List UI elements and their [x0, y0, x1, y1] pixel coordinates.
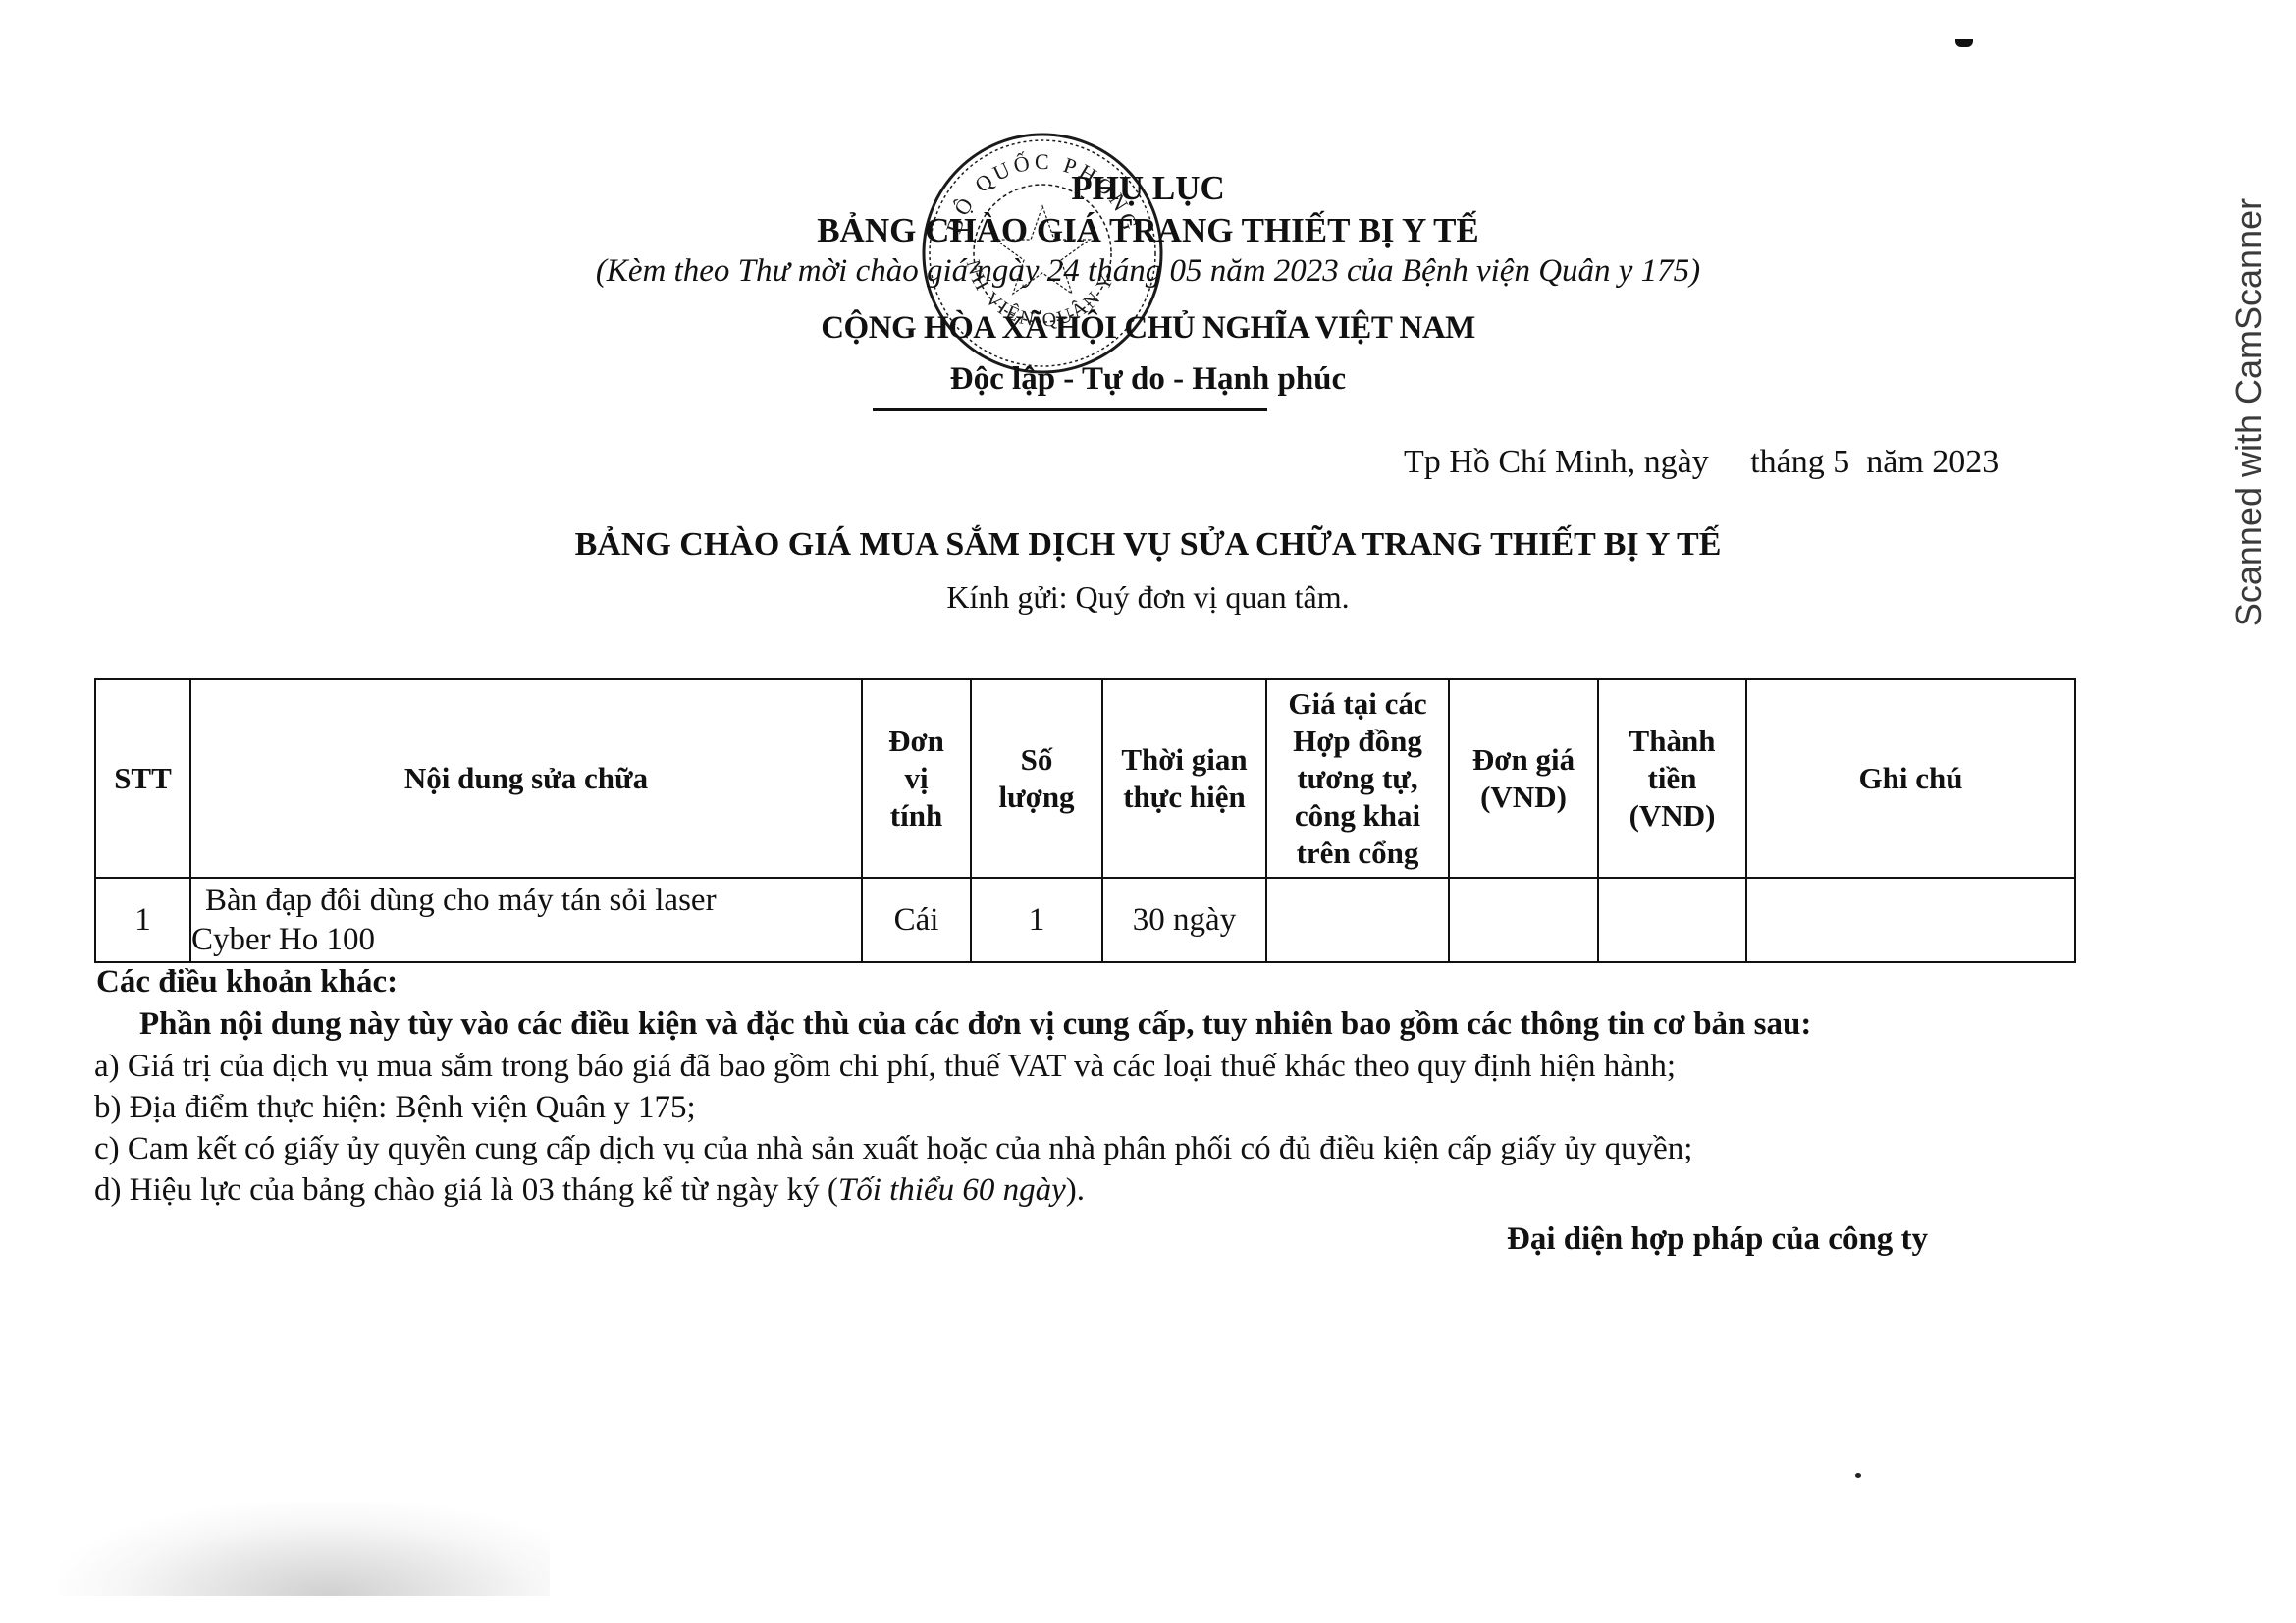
cell-reference-price: [1266, 878, 1449, 962]
cell-unit: Cái: [862, 878, 971, 962]
camscanner-watermark: Scanned with CamScanner: [2224, 167, 2273, 658]
cell-duration: 30 ngày: [1102, 878, 1266, 962]
col-header-duration: Thời gian thực hiện: [1102, 679, 1266, 878]
col-header-total: Thành tiền (VND): [1598, 679, 1746, 878]
terms-heading: Các điều khoản khác:: [96, 964, 398, 1001]
motto-underline: [873, 408, 1267, 411]
col-header-quantity: Số lượng: [971, 679, 1102, 878]
cell-quantity: 1: [971, 878, 1102, 962]
appendix-note: (Kèm theo Thư mời chào giá ngày 24 tháng…: [0, 253, 2296, 290]
col-header-reference-price: Giá tại các Hợp đồng tương tự, công khai…: [1266, 679, 1449, 878]
term-d-italic: Tối thiểu 60 ngày: [838, 1172, 1066, 1208]
nation-name: CỘNG HÒA XÃ HỘI CHỦ NGHĨA VIỆT NAM: [0, 310, 2296, 347]
appendix-subtitle: BẢNG CHÀO GIÁ TRANG THIẾT BỊ Y TẾ: [0, 211, 2296, 250]
terms-intro: Phần nội dung này tùy vào các điều kiện …: [139, 1006, 1811, 1043]
motto: Độc lập - Tự do - Hạnh phúc: [0, 361, 2296, 398]
col-header-note: Ghi chú: [1746, 679, 2075, 878]
watermark-text: Scanned with CamScanner: [2228, 198, 2269, 626]
description-line-1: Bàn đạp đôi dùng cho máy tán sỏi laser: [191, 881, 861, 920]
scan-artifact-mark: [1955, 39, 1973, 47]
cell-total: [1598, 878, 1746, 962]
cell-stt: 1: [95, 878, 190, 962]
col-header-unit: Đơn vị tính: [862, 679, 971, 878]
scan-artifact-dot: [1855, 1473, 1861, 1478]
term-item-b: b) Địa điểm thực hiện: Bệnh viện Quân y …: [94, 1090, 696, 1126]
description-line-2: Cyber Ho 100: [191, 920, 861, 959]
main-title: BẢNG CHÀO GIÁ MUA SẮM DỊCH VỤ SỬA CHỮA T…: [0, 526, 2296, 564]
term-d-suffix: ).: [1066, 1172, 1085, 1208]
term-d-prefix: d) Hiệu lực của bảng chào giá là 03 thán…: [94, 1172, 838, 1208]
table-row: 1 Bàn đạp đôi dùng cho máy tán sỏi laser…: [95, 878, 2075, 962]
term-item-d: d) Hiệu lực của bảng chào giá là 03 thán…: [94, 1172, 1085, 1209]
quote-table: STT Nội dung sửa chữa Đơn vị tính Số lượ…: [94, 678, 2076, 963]
term-item-a: a) Giá trị của dịch vụ mua sắm trong báo…: [94, 1049, 1676, 1085]
cell-unit-price: [1449, 878, 1598, 962]
date-line: Tp Hồ Chí Minh, ngày tháng 5 năm 2023: [1404, 444, 1999, 481]
cell-description: Bàn đạp đôi dùng cho máy tán sỏi laser C…: [190, 878, 862, 962]
scan-artifact-smudge: [59, 1502, 550, 1596]
appendix-title: PHỤ LỤC: [0, 169, 2296, 208]
signature-title: Đại diện hợp pháp của công ty: [1507, 1221, 1928, 1258]
col-header-unit-price: Đơn giá (VND): [1449, 679, 1598, 878]
salutation: Kính gửi: Quý đơn vị quan tâm.: [0, 579, 2296, 616]
col-header-stt: STT: [95, 679, 190, 878]
cell-note: [1746, 878, 2075, 962]
table-header-row: STT Nội dung sửa chữa Đơn vị tính Số lượ…: [95, 679, 2075, 878]
col-header-description: Nội dung sửa chữa: [190, 679, 862, 878]
term-item-c: c) Cam kết có giấy ủy quyền cung cấp dịc…: [94, 1131, 1692, 1167]
